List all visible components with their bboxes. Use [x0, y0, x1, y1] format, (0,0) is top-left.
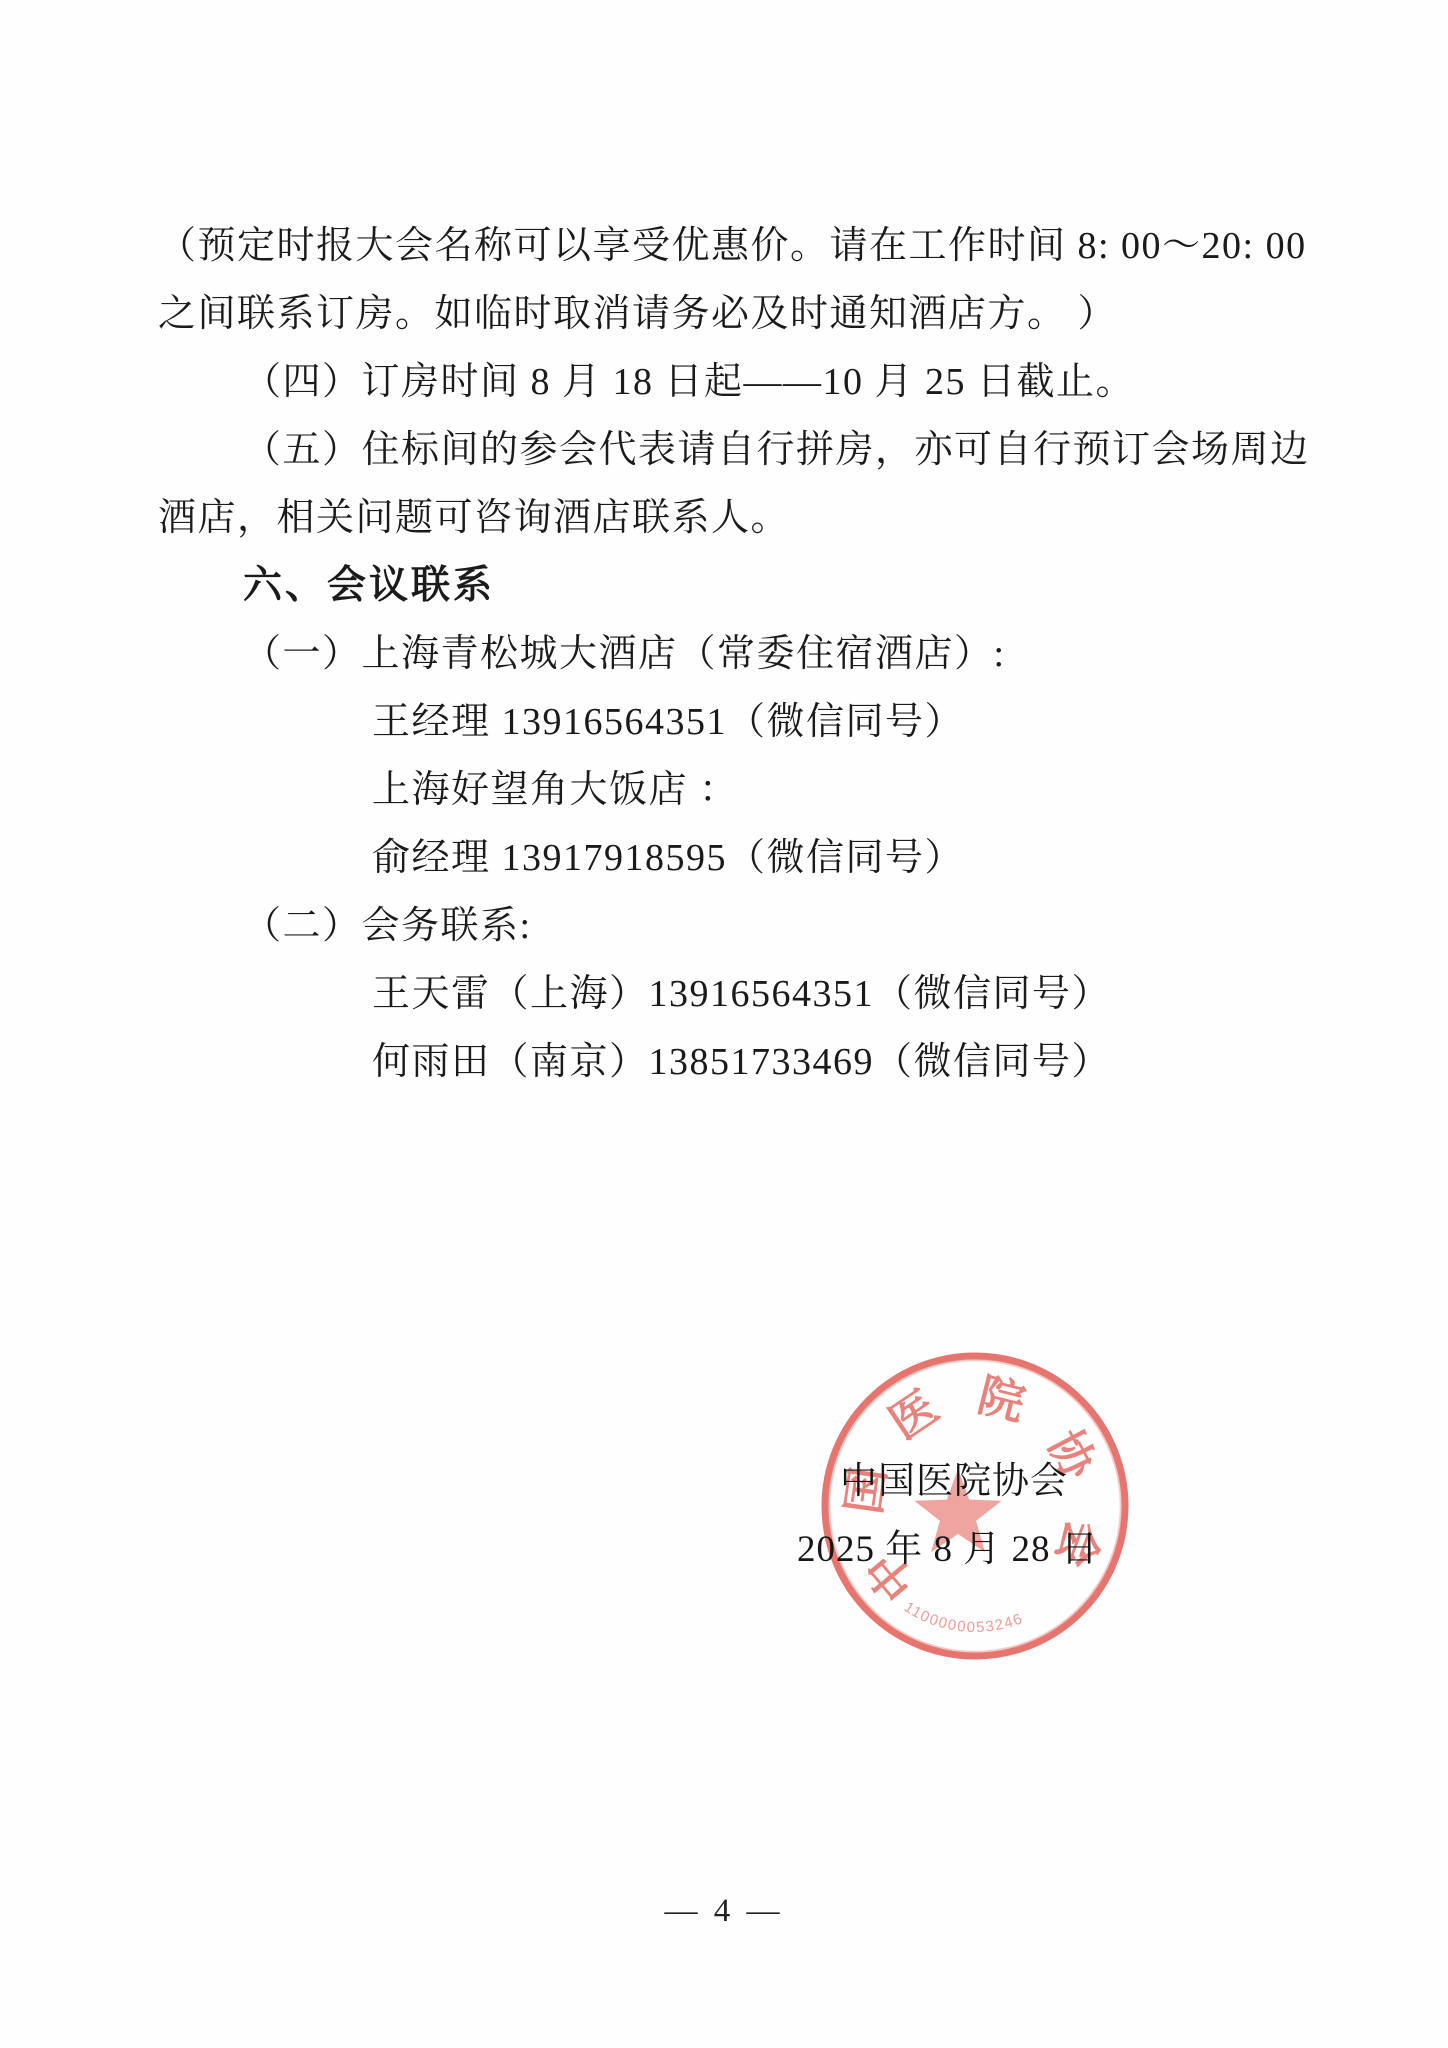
official-seal-stamp: 中 国 医 院 协 会 1100000053246 — [805, 1336, 1145, 1676]
page-number: — 4 — — [665, 1893, 784, 1930]
document-line: 俞经理 13917918595（微信同号） — [372, 824, 1448, 892]
signature-date: 2025 年 8 月 28 日 — [797, 1518, 1099, 1572]
document-line: （二）会务联系: — [243, 892, 1448, 960]
document-line: 上海好望角大饭店 ： — [372, 756, 1448, 824]
document-page: （预定时报大会名称可以享受优惠价。请在工作时间 8: 00～20: 00 之间联… — [0, 0, 1448, 2048]
document-line: 之间联系订房。如临时取消请务必及时通知酒店方。 ） — [158, 280, 1448, 348]
seal-graphic: 中 国 医 院 协 会 1100000053246 — [805, 1336, 1145, 1676]
document-line: 酒店，相关问题可咨询酒店联系人。 — [158, 484, 1448, 552]
section-heading: 六、会议联系 — [243, 552, 1448, 620]
seal-char: 医 — [880, 1381, 947, 1449]
seal-char: 院 — [973, 1369, 1030, 1430]
document-body: （预定时报大会名称可以享受优惠价。请在工作时间 8: 00～20: 00 之间联… — [0, 212, 1448, 1096]
document-line: 何雨田（南京）13851733469（微信同号） — [372, 1028, 1448, 1096]
document-line: （四）订房时间 8 月 18 日起——10 月 25 日截止。 — [243, 348, 1448, 416]
document-line: 王经理 13916564351（微信同号） — [372, 688, 1448, 756]
document-line: （一）上海青松城大酒店（常委住宿酒店）: — [243, 620, 1448, 688]
document-line: （预定时报大会名称可以享受优惠价。请在工作时间 8: 00～20: 00 — [158, 212, 1448, 280]
document-line: 王天雷（上海）13916564351（微信同号） — [372, 960, 1448, 1028]
signature-org: 中国医院协会 — [840, 1450, 1068, 1504]
document-line: （五）住标间的参会代表请自行拼房，亦可自行预订会场周边 — [243, 416, 1448, 484]
seal-serial-number: 1100000053246 — [901, 1599, 1026, 1636]
